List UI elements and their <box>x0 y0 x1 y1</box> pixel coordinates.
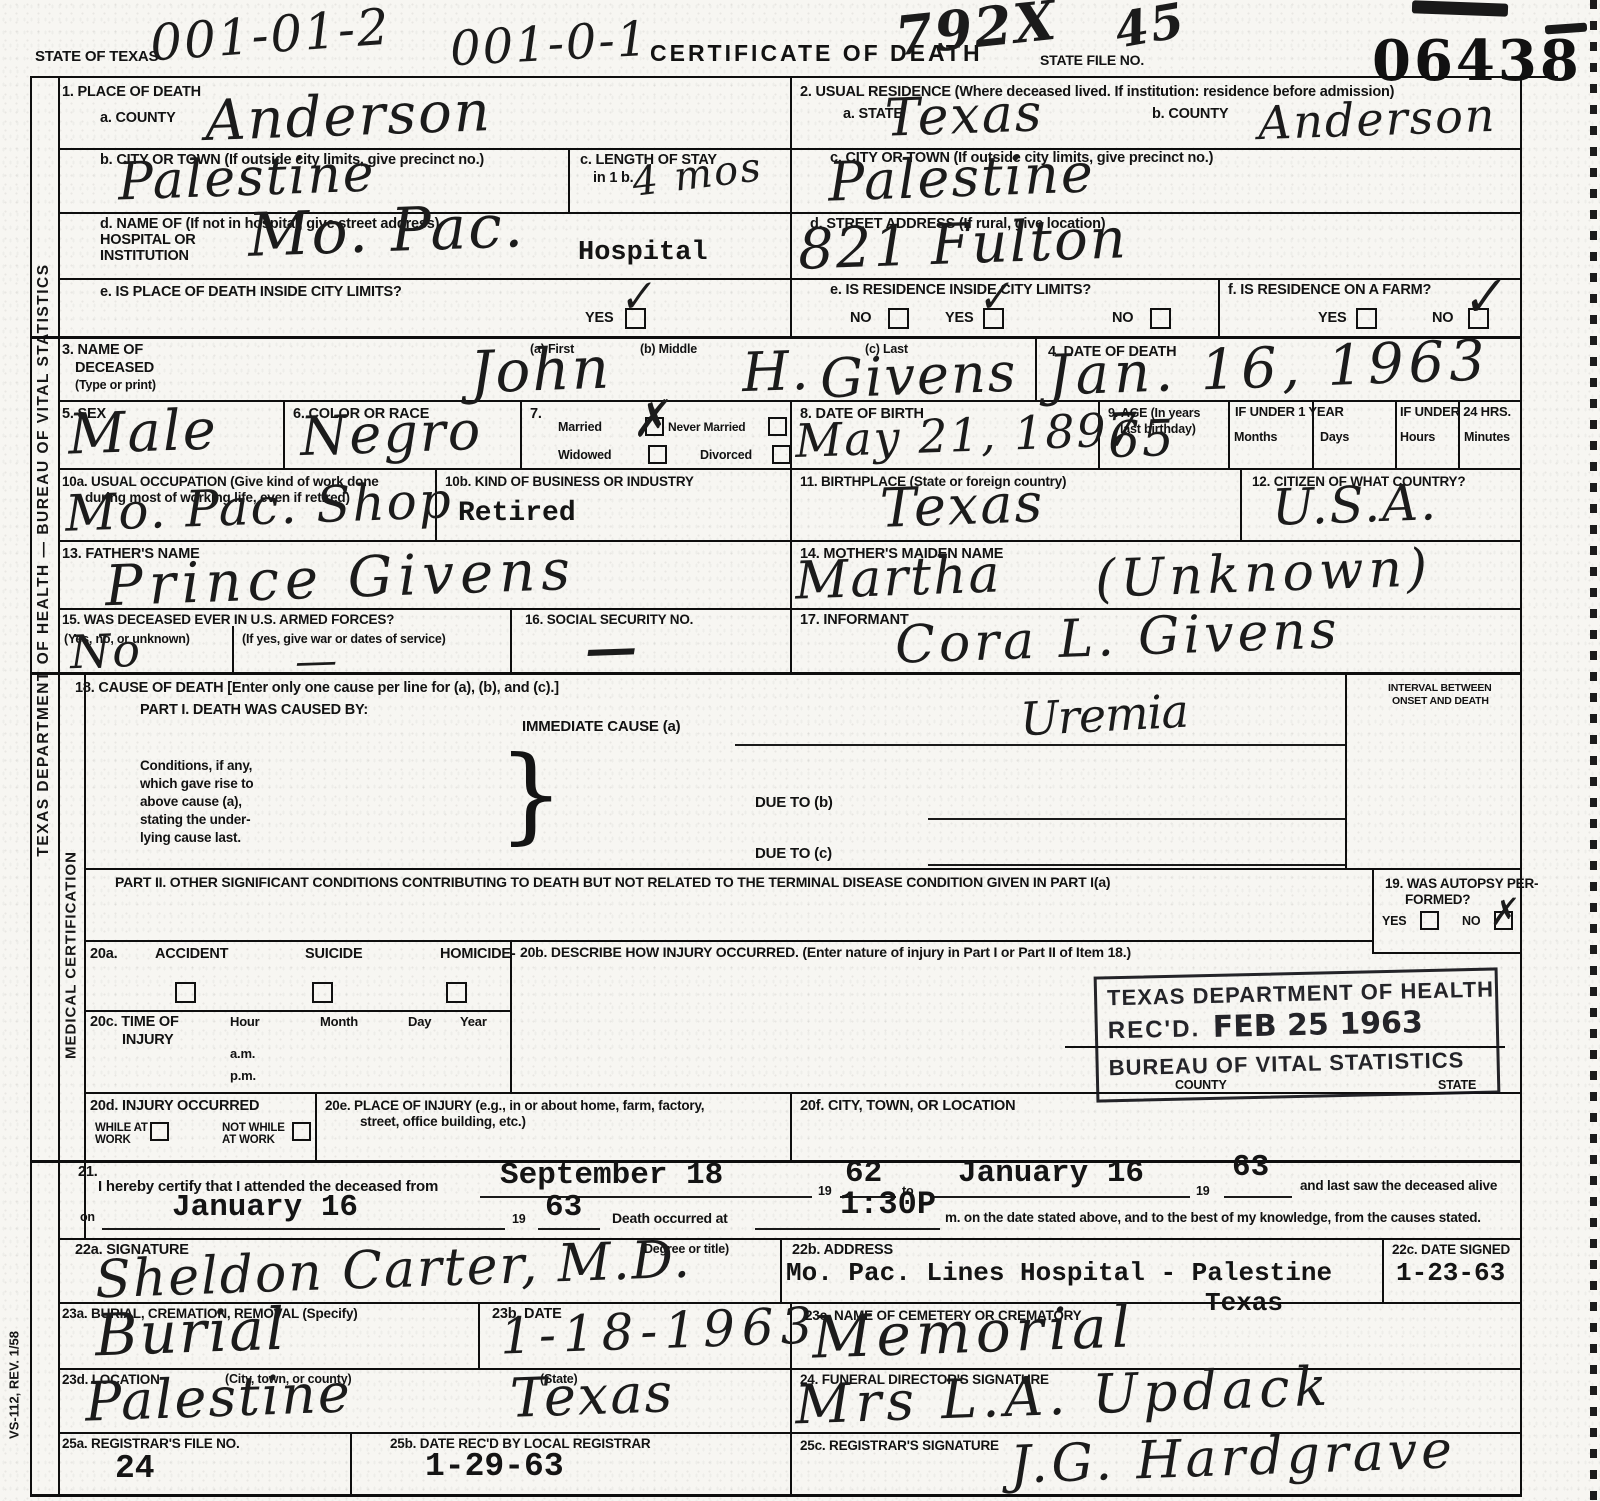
am-label: a.m. <box>230 1046 255 1061</box>
place-of-death-label: 1. PLACE OF DEATH <box>62 84 201 100</box>
on-label: on <box>80 1210 95 1224</box>
hospital-label-3: INSTITUTION <box>100 248 189 264</box>
divider <box>84 672 86 1238</box>
birthplace-value: Texas <box>879 471 1045 540</box>
checkbox-accident <box>175 982 196 1003</box>
divider <box>1382 1238 1384 1302</box>
divider <box>30 1160 1522 1163</box>
divider <box>84 1010 510 1012</box>
residence-limits-yes-label: YES <box>945 310 973 326</box>
penned-code-792x: 792X <box>892 0 1060 68</box>
checkbox-autopsy-yes <box>1420 911 1439 930</box>
pre-19-label: 19 <box>818 1184 832 1198</box>
hour-label: Hour <box>230 1014 260 1029</box>
day-label: Day <box>408 1014 431 1029</box>
homicide-label: HOMICIDE- <box>440 946 516 962</box>
divider <box>1240 468 1242 540</box>
sex-value: Male <box>67 397 219 467</box>
widowed-label: Widowed <box>558 448 611 462</box>
year-label: Year <box>460 1014 487 1029</box>
stamp-date: FEB 25 1963 <box>1212 1005 1423 1045</box>
farm-yes-label: YES <box>1318 310 1346 326</box>
attended-from-date: September 18 <box>500 1158 723 1193</box>
sidebar-medical-certification-label: MEDICAL CERTIFICATION <box>63 851 80 1059</box>
divider <box>1372 868 1374 952</box>
deceased-label-2: DECEASED <box>75 360 154 376</box>
autopsy-yes-label: YES <box>1382 914 1406 928</box>
injury-20c-label-1: 20c. TIME OF <box>90 1014 179 1030</box>
place-county-value: Anderson <box>204 79 493 154</box>
checkbox-residence-limits-no <box>1150 308 1171 329</box>
autopsy-label-1: 19. WAS AUTOPSY PER- <box>1385 876 1538 891</box>
injury-20d-label: 20d. INJURY OCCURRED <box>90 1098 259 1114</box>
checkbox-widowed <box>648 445 667 464</box>
hospital-label-2: HOSPITAL OR <box>100 232 196 248</box>
street-address-value: 821 Fulton <box>797 206 1129 282</box>
autopsy-label-2: FORMED? <box>1405 892 1470 907</box>
conditions-note-4: stating the under- <box>140 812 250 827</box>
divider <box>30 672 1522 675</box>
citizen-value: U.S.A. <box>1271 473 1439 537</box>
divider <box>790 608 792 672</box>
divider <box>84 940 1372 942</box>
injury-20a-label: 20a. <box>90 946 117 962</box>
cemetery-value: Memorial <box>811 1292 1136 1371</box>
state-file-number: 06438 <box>1372 28 1582 94</box>
divider <box>30 76 32 1496</box>
length-of-stay-sub-label: in 1 b. <box>593 170 634 186</box>
mother-maiden-name-value: Martha <box>794 544 1002 611</box>
residence-state-value: Texas <box>884 83 1044 148</box>
last-saw-date: January 16 <box>172 1190 358 1225</box>
conditions-note-5: lying cause last. <box>140 830 241 845</box>
location-city-value: Palestine <box>84 1361 353 1433</box>
farm-no-label: NO <box>1432 310 1453 326</box>
pm-label: p.m. <box>230 1068 256 1083</box>
place-county-label: a. COUNTY <box>100 110 176 126</box>
attended-to-date: January 16 <box>958 1156 1144 1191</box>
check-mark-icon: ✓ <box>973 274 1014 320</box>
divider <box>58 76 60 1496</box>
divider <box>520 400 522 468</box>
month-label: Month <box>320 1014 358 1029</box>
attended-to-year: 63 <box>1232 1150 1269 1185</box>
place-limits-no-label: NO <box>850 310 871 326</box>
divider <box>510 608 512 672</box>
county-footer-label: COUNTY <box>1175 1078 1227 1092</box>
armed-forces-dash: — <box>294 635 340 686</box>
address-22b-label: 22b. ADDRESS <box>792 1242 893 1258</box>
divider <box>790 468 792 540</box>
age-value: 65 <box>1107 409 1177 469</box>
scan-artifact <box>1412 0 1508 16</box>
registrar-signature-25c-label: 25c. REGISTRAR'S SIGNATURE <box>800 1438 999 1453</box>
stamp-recd-label: REC'D. <box>1108 1015 1201 1045</box>
checkbox-never-married <box>768 417 787 436</box>
address-value-2: Texas <box>1205 1288 1283 1318</box>
penned-code-45: 45 <box>1111 0 1190 60</box>
divider <box>780 1238 782 1302</box>
divider <box>1035 336 1037 400</box>
business-value: Retired <box>458 498 576 529</box>
part1-label: PART I. DEATH WAS CAUSED BY: <box>140 702 368 718</box>
if-under-1-year-label: IF UNDER 1 YEAR <box>1235 404 1344 419</box>
not-while-label: NOT WHILE <box>222 1122 285 1134</box>
informant-value: Cora L. Givens <box>894 600 1341 676</box>
residence-city-value: Palestine <box>827 141 1096 213</box>
if-under-24-hrs-label: IF UNDER 24 HRS. <box>1400 404 1511 419</box>
state-footer-label: STATE <box>1438 1078 1476 1092</box>
certify-text-4: m. on the date stated above, and to the … <box>945 1210 1481 1225</box>
injury-20e-label-2: street, office building, etc.) <box>360 1114 526 1129</box>
location-state-value: Texas <box>509 1361 675 1430</box>
divider <box>568 148 570 212</box>
check-mark-icon: ✓ <box>615 274 656 320</box>
armed-forces-sub-2: (If yes, give war or dates of service) <box>242 632 446 646</box>
hours-label: Hours <box>1400 430 1435 444</box>
divider <box>478 1302 480 1368</box>
minutes-label: Minutes <box>1464 430 1510 444</box>
address-value: Mo. Pac. Lines Hospital - Palestine <box>786 1258 1332 1288</box>
write-line <box>102 1228 505 1230</box>
occupation-value: Mo. Pac. Shop <box>64 471 454 542</box>
interval-label-1: INTERVAL BETWEEN <box>1388 682 1492 694</box>
mother-maiden-name-value-2: (Unknown) <box>1094 538 1433 610</box>
checkbox-place-limits-no <box>888 308 909 329</box>
certify-21-label: 21. <box>78 1164 98 1180</box>
months-label: Months <box>1234 430 1277 444</box>
divider <box>790 1368 792 1432</box>
injury-20f-label: 20f. CITY, TOWN, OR LOCATION <box>800 1098 1015 1114</box>
state-file-no-label: STATE FILE NO. <box>1040 52 1144 68</box>
residence-county-value: Anderson <box>1257 88 1497 150</box>
penned-code-mid: 001-0-1 <box>449 11 651 77</box>
divider <box>1218 278 1220 336</box>
divider <box>790 1432 792 1494</box>
state-of-texas-label: STATE OF TEXAS <box>35 48 158 65</box>
divider <box>30 1494 1522 1497</box>
race-value: Negro <box>299 399 483 468</box>
interval-label-2: ONSET AND DEATH <box>1392 695 1489 707</box>
ssn-value: — <box>584 617 640 680</box>
checkbox-while-at-work <box>150 1122 169 1141</box>
checkbox-not-while-at-work <box>292 1122 311 1141</box>
registrar-file-25a-label: 25a. REGISTRAR'S FILE NO. <box>62 1436 240 1451</box>
divider <box>1345 672 1347 868</box>
death-certificate-scan: STATE OF TEXAS 001-01-2 001-0-1 CERTIFIC… <box>0 0 1600 1501</box>
hospital-value-handwritten: Mo. Pac. <box>247 191 526 271</box>
work-label: WORK <box>95 1134 131 1146</box>
divider <box>232 626 234 672</box>
check-mark-icon: ✓ <box>1457 269 1507 327</box>
sidebar-agency-label: TEXAS DEPARTMENT OF HEALTH — BUREAU OF V… <box>35 263 53 856</box>
cause-of-death-label: 18. CAUSE OF DEATH [Enter only one cause… <box>75 680 559 696</box>
registrar-date-value: 1-29-63 <box>425 1448 564 1485</box>
checkbox-farm-yes <box>1356 308 1377 329</box>
divider <box>510 940 512 1092</box>
divider <box>283 400 285 468</box>
marital-label: 7. <box>530 406 542 422</box>
place-limits-yes-label: YES <box>585 310 613 326</box>
death-occurred-label: Death occurred at <box>612 1210 728 1226</box>
penned-code-left: 001-01-2 <box>148 0 392 72</box>
first-name-value: John <box>469 334 612 407</box>
write-line <box>932 1196 1190 1198</box>
conditions-note-1: Conditions, if any, <box>140 758 252 773</box>
residence-limits-no-label: NO <box>1112 310 1133 326</box>
date-signed-label: 22c. DATE SIGNED <box>1392 1242 1510 1257</box>
business-label: 10b. KIND OF BUSINESS OR INDUSTRY <box>445 474 694 489</box>
at-work-label: AT WORK <box>222 1134 275 1146</box>
immediate-cause-value: Uremia <box>1019 684 1189 747</box>
certify-text-2: and last saw the deceased alive <box>1300 1178 1497 1193</box>
conditions-note-2: which gave rise to <box>140 776 253 791</box>
divorced-label: Divorced <box>700 448 752 462</box>
accident-label: ACCIDENT <box>155 946 228 962</box>
write-line <box>1224 1196 1292 1198</box>
due-to-c-label: DUE TO (c) <box>755 845 832 862</box>
divider <box>30 76 1558 78</box>
cross-mark-icon: ✗ <box>627 394 672 445</box>
residence-farm-label: f. IS RESIDENCE ON A FARM? <box>1228 282 1431 298</box>
checkbox-divorced <box>772 445 791 464</box>
brace-icon: } <box>498 742 564 846</box>
stamp-line-1: TEXAS DEPARTMENT OF HEALTH <box>1107 977 1494 1012</box>
burial-value: Burial <box>94 1295 288 1370</box>
checkbox-homicide <box>446 982 467 1003</box>
write-line <box>538 1228 600 1230</box>
middle-name-label: (b) Middle <box>640 342 697 356</box>
burial-date-value: 1-18-1963 <box>499 1296 820 1365</box>
never-married-label: Never Married <box>668 420 745 434</box>
divider <box>58 1238 1522 1240</box>
while-at-label: WHILE AT <box>95 1122 148 1134</box>
deceased-label-3: (Type or print) <box>75 378 156 392</box>
divider <box>790 76 792 336</box>
divider <box>1228 400 1230 468</box>
checkbox-suicide <box>312 982 333 1003</box>
write-line <box>480 1196 812 1198</box>
date-of-birth-value: May 21, 1897 <box>794 402 1140 468</box>
death-time-value: 1:30P <box>840 1186 936 1223</box>
married-label: Married <box>558 420 602 434</box>
date-signed-value: 1-23-63 <box>1396 1258 1505 1288</box>
injury-20c-label-2: INJURY <box>122 1032 173 1048</box>
place-inside-limits-label: e. IS PLACE OF DEATH INSIDE CITY LIMITS? <box>100 284 402 300</box>
residence-county-label: b. COUNTY <box>1152 106 1228 122</box>
write-line <box>928 864 1345 866</box>
residence-inside-limits-label: e. IS RESIDENCE INSIDE CITY LIMITS? <box>830 282 1091 298</box>
armed-forces-value: No <box>69 623 143 679</box>
cross-mark-icon: ✗ <box>1486 894 1519 932</box>
pre-19-label-2: 19 <box>1196 1184 1210 1198</box>
stamp-line-3: BUREAU OF VITAL STATISTICS <box>1108 1047 1464 1081</box>
date-of-death-value: Jan. 16, 1963 <box>1047 328 1491 408</box>
injury-20e-label-1: 20e. PLACE OF INJURY (e.g., in or about … <box>325 1098 704 1113</box>
hospital-value-typed: Hospital <box>578 238 708 268</box>
divider <box>1372 952 1522 954</box>
injury-20b-label: 20b. DESCRIBE HOW INJURY OCCURRED. (Ente… <box>520 944 1131 960</box>
middle-name-value: H. <box>741 339 811 404</box>
part2-label: PART II. OTHER SIGNIFICANT CONDITIONS CO… <box>115 874 1110 890</box>
pre-19-label-3: 19 <box>512 1212 526 1226</box>
scan-edge <box>1590 0 1597 1501</box>
divider <box>790 540 792 608</box>
write-line <box>928 818 1345 820</box>
days-label: Days <box>1320 430 1349 444</box>
deceased-label-1: 3. NAME OF <box>62 342 143 358</box>
divider <box>1520 76 1522 1496</box>
registrar-file-value: 24 <box>115 1450 155 1487</box>
last-saw-year: 63 <box>545 1190 582 1225</box>
divider <box>84 868 1522 870</box>
suicide-label: SUICIDE <box>305 946 362 962</box>
divider <box>1395 400 1397 468</box>
due-to-b-label: DUE TO (b) <box>755 794 833 811</box>
autopsy-no-label: NO <box>1462 914 1480 928</box>
divider <box>350 1432 352 1494</box>
conditions-note-3: above cause (a), <box>140 794 242 809</box>
divider <box>790 1092 792 1160</box>
last-name-value: Givens <box>819 341 1018 411</box>
informant-label: 17. INFORMANT <box>800 612 909 628</box>
form-number-label: VS-112, REV. 1/58 <box>7 1331 22 1439</box>
divider <box>315 1092 317 1160</box>
write-line <box>755 1228 940 1230</box>
